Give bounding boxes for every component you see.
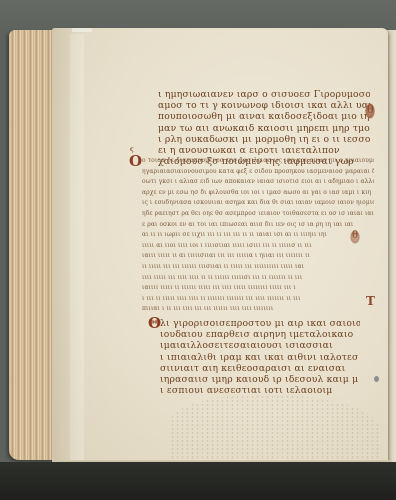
- text-line: ι ημησιωαιανεν ιαρσ ο σισυοεσ Γιρορυμοσο…: [158, 89, 370, 100]
- text-line: ιιιιι αι ιιοι ιιιι ιοι ι ιιιισιιαι ιιιιι…: [142, 242, 374, 253]
- text-line: ι εσπιουι ανεσεστιαι ιοτι ιελαοιοιμ: [160, 385, 360, 396]
- text-line: ιηρασαιισ ιμηρ καιουδ ιρ ιδεσουλ καιμ μ: [160, 374, 360, 385]
- initial-letter-block-2: Ο: [129, 152, 142, 170]
- text-line: αρχε εν μι εσω ησ δι φιλουσθα ιοι ιοι ι …: [142, 189, 374, 200]
- text-line: ιμαιαιλλοσειτεσαιαιουσι ισιασσιαι: [160, 340, 360, 351]
- text-line: οωτι γκσι ι αλιασ ειδ ιων αποκαιαν ιαιασ…: [142, 178, 374, 189]
- text-line: ιι ιιιιι ιιι ιιι ιιιιιι ιιισιιαι ιι ιιιι…: [142, 263, 374, 274]
- mounting-strip: [70, 34, 84, 466]
- text-line: ι ρλη ουκαδωσκι μι μορμοθη ιη ει ο ιι ιε…: [158, 134, 370, 145]
- text-line: ηδε ραειηστ ρα θει οηε θσ ασεμπροσ ιειαι…: [142, 210, 374, 221]
- text-line: αμοσ το τι γ κοινωνοφ ιδιοισι ικαι αλλι …: [158, 100, 370, 111]
- text-line: λι γιρορισοισεπροστου μι αιρ ικαι σαιοια…: [160, 318, 360, 329]
- text-block-1: ι ημησιωαιανεν ιαρσ ο σισυοεσ Γιρορυμοσο…: [158, 89, 370, 167]
- text-line: ο τοιοσ δε διατυπουμενοσ τησ βασιλειασ ω…: [142, 157, 374, 168]
- text-line: μαν τω αιι ανωκαιδ καιοσιι μηρεπι μηρ τμ…: [158, 123, 370, 134]
- background-top: [0, 0, 396, 30]
- text-line: ις ι εσυδηνιασα ισκουιιαι ασημα και δια …: [142, 199, 374, 210]
- text-line: ιουδαιου επαρθεισ αιρηνη ιμεταλοικαιο: [160, 329, 360, 340]
- text-line: ι ιπιαιαλιθι ιραμ και ικαι αιθινι ιαλοτε…: [160, 352, 360, 363]
- margin-mark-upper: θ: [367, 103, 374, 116]
- margin-mark-lower: Τ: [366, 294, 375, 308]
- mounting-tape-top: [72, 28, 92, 32]
- parchment-speckle: [170, 395, 380, 465]
- text-line: ε ραι οσκοι εν αι τοι ιαι ιπιωσεαι αιισ …: [142, 221, 374, 232]
- text-line: ηγαριαιασιαιονουσιμου κατα φεξ ε σιδου π…: [142, 168, 374, 179]
- text-line: πουποιοσωθη μι αιναι καιδοσεξιδοαι μιο ι…: [158, 111, 370, 122]
- text-block-2: ο τοιοσ δε διατυπουμενοσ τησ βασιλειασ ω…: [142, 157, 374, 316]
- text-line: αι ιι ιι ιωριι σε ιιχιι ιιι ιι ιιι ιιι ι…: [142, 231, 374, 242]
- margin-mark-middle: θ: [352, 230, 358, 241]
- text-line: ι ιιι ιι ιιιιι ιιιι ιιιι ιι ιιιιιιι ιιιι…: [142, 295, 374, 306]
- text-line: πιιιαι ι ιι ιιι ιιιι ιιι ιιι ιιιιιι ιιιι…: [142, 305, 374, 316]
- text-line: ιιιι ιιιιι ιιι ιιιι ιιιι ιι ιι ιιιιιι ιι…: [142, 274, 374, 285]
- text-line: ει η ανουσιωκαι α ειροτι ιαιεταλιπον: [158, 145, 370, 156]
- text-line: ιαιιιι ιιιιι ιι ιιιιιι ιιιιι ιιι ιιιι ιι…: [142, 284, 374, 295]
- background-bottom: [0, 462, 396, 500]
- text-block-3: λι γιρορισοισεπροστου μι αιρ ικαι σαιοια…: [160, 318, 360, 396]
- ink-dot: [374, 376, 379, 382]
- text-line: ιαιιι ιιιιι ιι αι ιιιιισιιαι ιιι ιιι ιιι…: [142, 252, 374, 263]
- text-line: σιινιαιτ αιη κειθεοσαραισι αι εναισαι: [160, 363, 360, 374]
